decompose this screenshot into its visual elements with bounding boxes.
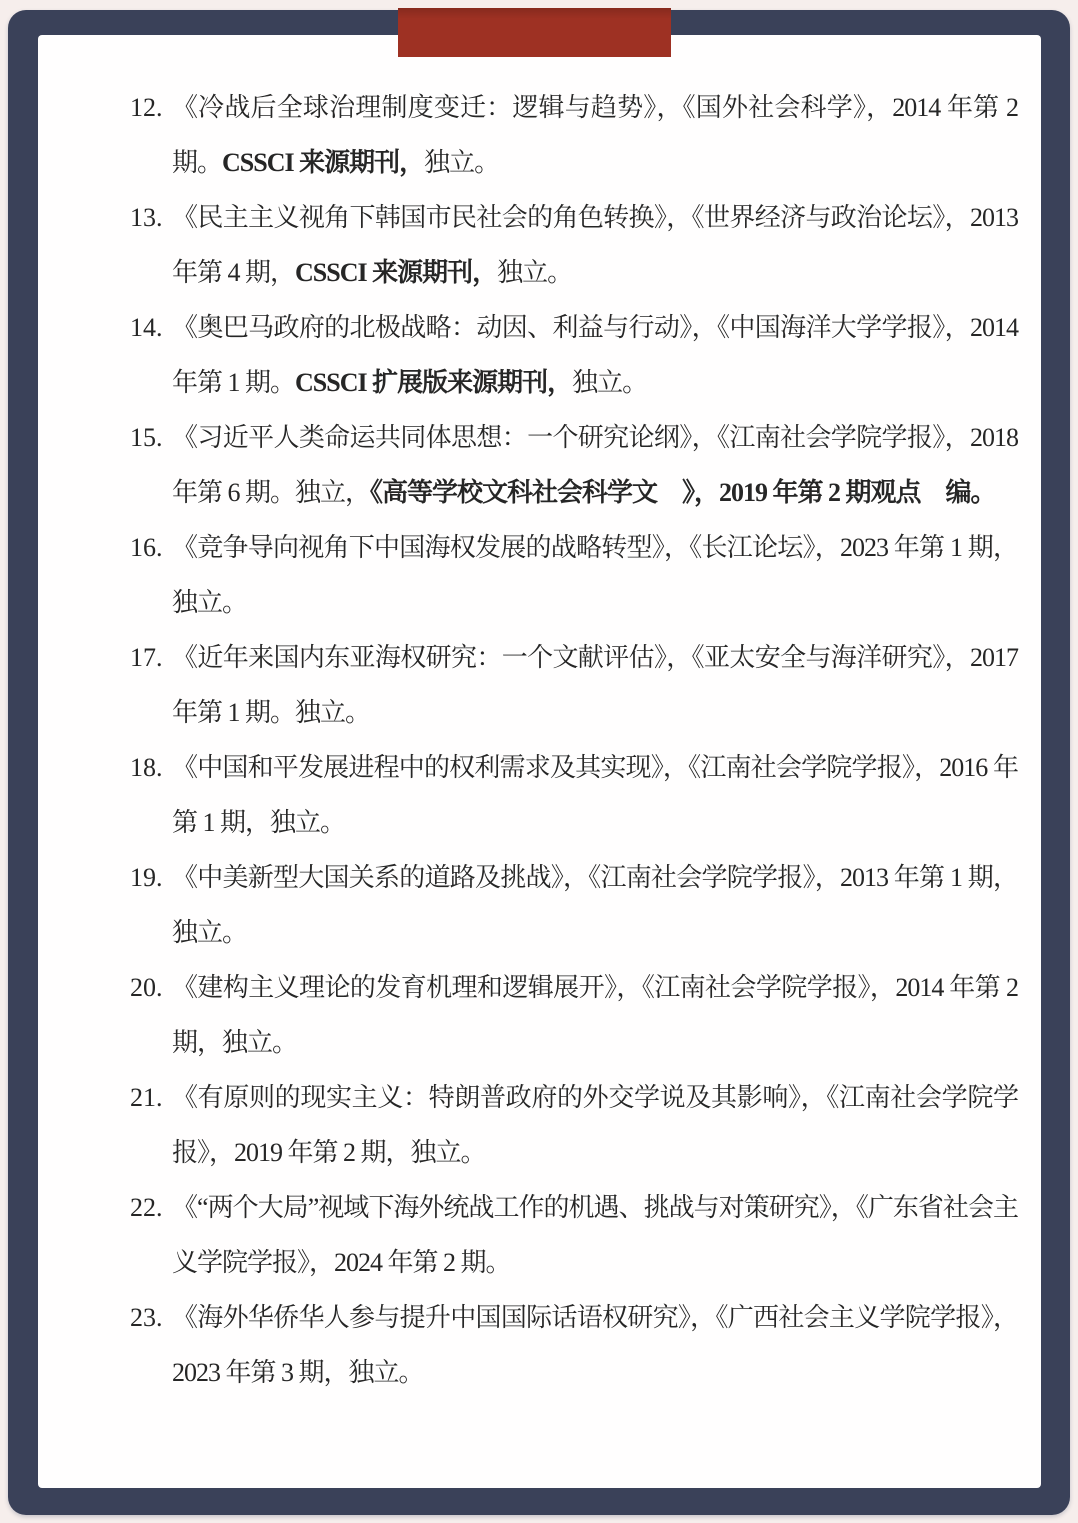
publication-item: 14.《奥巴马政府的北极战略：动因、利益与行动》，《中国海洋大学学报》，2014… (130, 300, 1018, 410)
publication-item: 21.《有原则的现实主义：特朗普政府的外交学说及其影响》，《江南社会学院学报》，… (130, 1070, 1018, 1180)
publication-item: 18.《中国和平发展进程中的权利需求及其实现》，《江南社会学院学报》，2016 … (130, 740, 1018, 850)
text-segment: 《“两个大局”视域下海外统战工作的机遇、挑战与对策研究》，《广东省社会主义学院学… (172, 1193, 1018, 1277)
item-text: 《有原则的现实主义：特朗普政府的外交学说及其影响》，《江南社会学院学报》，201… (172, 1070, 1018, 1180)
item-text: 《建构主义理论的发育机理和逻辑展开》，《江南社会学院学报》，2014 年第 2 … (172, 960, 1018, 1070)
bold-text-segment: 《高等学校文科社会科学文 》，2019 年第 2 期观点 编。 (370, 478, 996, 507)
publication-item: 15.《习近平人类命运共同体思想：一个研究论纲》，《江南社会学院学报》，2018… (130, 410, 1018, 520)
item-text: 《民主主义视角下韩国市民社会的角色转换》，《世界经济与政治论坛》，2013 年第… (172, 190, 1018, 300)
item-text: 《习近平人类命运共同体思想：一个研究论纲》，《江南社会学院学报》，2018 年第… (172, 410, 1018, 520)
red-bookmark-tab (398, 8, 671, 57)
document-page: 12.《冷战后全球治理制度变迁：逻辑与趋势》，《国外社会科学》，2014 年第 … (38, 35, 1041, 1488)
item-number: 12. (130, 80, 172, 135)
text-segment: 《中国和平发展进程中的权利需求及其实现》，《江南社会学院学报》，2016 年第 … (172, 753, 1018, 837)
item-text: 《冷战后全球治理制度变迁：逻辑与趋势》，《国外社会科学》，2014 年第 2 期… (172, 80, 1018, 190)
bold-text-segment: CSSCI 来源期刊， (295, 258, 497, 287)
bold-text-segment: CSSCI 扩展版来源期刊， (295, 368, 572, 397)
publication-item: 20.《建构主义理论的发育机理和逻辑展开》，《江南社会学院学报》，2014 年第… (130, 960, 1018, 1070)
item-number: 23. (130, 1290, 172, 1345)
item-text: 《竞争导向视角下中国海权发展的战略转型》，《长江论坛》，2023 年第 1 期，… (172, 520, 1018, 630)
text-segment: 《建构主义理论的发育机理和逻辑展开》，《江南社会学院学报》，2014 年第 2 … (172, 973, 1018, 1057)
text-segment: 《近年来国内东亚海权研究：一个文献评估》，《亚太安全与海洋研究》，2017 年第… (172, 643, 1018, 727)
item-number: 19. (130, 850, 172, 905)
item-text: 《中国和平发展进程中的权利需求及其实现》，《江南社会学院学报》，2016 年第 … (172, 740, 1018, 850)
item-number: 20. (130, 960, 172, 1015)
publication-item: 22.《“两个大局”视域下海外统战工作的机遇、挑战与对策研究》，《广东省社会主义… (130, 1180, 1018, 1290)
item-number: 18. (130, 740, 172, 795)
item-number: 22. (130, 1180, 172, 1235)
item-text: 《“两个大局”视域下海外统战工作的机遇、挑战与对策研究》，《广东省社会主义学院学… (172, 1180, 1018, 1290)
publication-item: 16.《竞争导向视角下中国海权发展的战略转型》，《长江论坛》，2023 年第 1… (130, 520, 1018, 630)
item-number: 17. (130, 630, 172, 685)
bold-text-segment: CSSCI 来源期刊， (222, 148, 424, 177)
item-number: 16. (130, 520, 172, 575)
page-frame: 12.《冷战后全球治理制度变迁：逻辑与趋势》，《国外社会科学》，2014 年第 … (8, 10, 1070, 1515)
publication-item: 19.《中美新型大国关系的道路及挑战》，《江南社会学院学报》，2013 年第 1… (130, 850, 1018, 960)
item-number: 14. (130, 300, 172, 355)
text-segment: 《中美新型大国关系的道路及挑战》，《江南社会学院学报》，2013 年第 1 期，… (172, 863, 1018, 947)
item-number: 21. (130, 1070, 172, 1125)
item-text: 《中美新型大国关系的道路及挑战》，《江南社会学院学报》，2013 年第 1 期，… (172, 850, 1018, 960)
publication-item: 12.《冷战后全球治理制度变迁：逻辑与趋势》，《国外社会科学》，2014 年第 … (130, 80, 1018, 190)
publication-list: 12.《冷战后全球治理制度变迁：逻辑与趋势》，《国外社会科学》，2014 年第 … (38, 35, 1041, 1400)
publication-item: 13.《民主主义视角下韩国市民社会的角色转换》，《世界经济与政治论坛》，2013… (130, 190, 1018, 300)
text-segment: 独立。 (424, 148, 499, 177)
text-segment: 《有原则的现实主义：特朗普政府的外交学说及其影响》，《江南社会学院学报》，201… (172, 1083, 1018, 1167)
publication-item: 23.《海外华侨华人参与提升中国国际话语权研究》，《广西社会主义学院学报》，20… (130, 1290, 1018, 1400)
item-text: 《奥巴马政府的北极战略：动因、利益与行动》，《中国海洋大学学报》，2014 年第… (172, 300, 1018, 410)
item-number: 13. (130, 190, 172, 245)
item-text: 《近年来国内东亚海权研究：一个文献评估》，《亚太安全与海洋研究》，2017 年第… (172, 630, 1018, 740)
text-segment: 《竞争导向视角下中国海权发展的战略转型》，《长江论坛》，2023 年第 1 期，… (172, 533, 1018, 617)
text-segment: 《海外华侨华人参与提升中国国际话语权研究》，《广西社会主义学院学报》，2023 … (172, 1303, 1018, 1387)
text-segment: 独立。 (572, 368, 647, 397)
text-segment: 独立。 (497, 258, 572, 287)
item-text: 《海外华侨华人参与提升中国国际话语权研究》，《广西社会主义学院学报》，2023 … (172, 1290, 1018, 1400)
publication-item: 17.《近年来国内东亚海权研究：一个文献评估》，《亚太安全与海洋研究》，2017… (130, 630, 1018, 740)
item-number: 15. (130, 410, 172, 465)
